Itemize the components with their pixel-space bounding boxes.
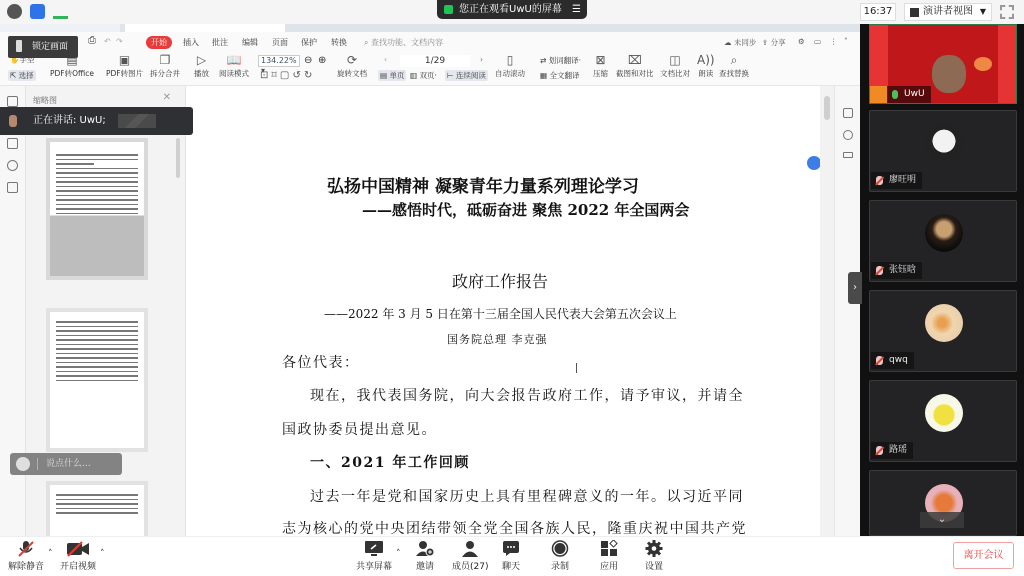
- continuous-label: 连续阅读: [456, 71, 486, 80]
- split-merge-button[interactable]: ❐拆分合并: [150, 52, 180, 79]
- menu-annotate[interactable]: 批注: [212, 37, 228, 48]
- avatar: [925, 124, 963, 162]
- menu-insert[interactable]: 插入: [183, 37, 199, 48]
- paragraph-2-line-2: 志为核心的党中央团结带领全党全国各族人民，隆重庆祝中国共产党: [282, 518, 747, 536]
- chat-icon: [502, 540, 520, 557]
- unmute-button[interactable]: 解除静音: [8, 540, 44, 572]
- participant-name: 路瑶: [889, 445, 907, 455]
- participant-name-tag: 张钰晗: [871, 262, 922, 279]
- document-viewport[interactable]: 弘扬中国精神 凝聚青年力量系列理论学习 ——感悟时代，砥砺奋进 聚焦 2022 …: [186, 86, 820, 536]
- undo-icon[interactable]: ↶: [104, 37, 111, 46]
- feature-search[interactable]: ⌕ 查找功能、文档内容: [364, 37, 443, 48]
- read-mode-label: 阅读模式: [219, 68, 249, 79]
- record-label: 录制: [551, 562, 569, 572]
- video-options-chevron[interactable]: ˄: [100, 549, 105, 559]
- unmute-label: 解除静音: [8, 562, 44, 572]
- mic-on-icon: [892, 90, 898, 99]
- help-icon[interactable]: [843, 130, 853, 140]
- attachment-icon[interactable]: [7, 160, 18, 171]
- layout-icon: [910, 8, 919, 17]
- participant-tile[interactable]: qwq: [869, 290, 1017, 372]
- participant-tile[interactable]: 路瑶: [869, 380, 1017, 462]
- zoom-out-icon[interactable]: ⊖: [304, 55, 312, 66]
- page-indicator-input[interactable]: 1/29: [400, 55, 470, 67]
- rotate-icon: ⟳: [337, 52, 367, 68]
- participant-name-tag: 廖旺明: [871, 172, 922, 189]
- sharing-indicator-icon: [444, 5, 453, 14]
- pdf-to-image-button[interactable]: ▣PDF转图片: [106, 52, 143, 79]
- pdf-to-image-label: PDF转图片: [106, 68, 143, 79]
- participant-name-tag: 路瑶: [871, 442, 913, 459]
- paragraph-1-line-2: 国政协委员提出意见。: [282, 419, 437, 439]
- zoom-in-icon[interactable]: ⊕: [318, 55, 326, 66]
- menu-convert[interactable]: 转换: [331, 37, 347, 48]
- sync-label: 未同步: [734, 38, 757, 47]
- participant-video-tile[interactable]: UwU: [869, 24, 1017, 104]
- comment-icon[interactable]: [7, 138, 18, 149]
- document-scrollbar[interactable]: [820, 86, 834, 536]
- search-icon: ⌕: [719, 52, 749, 68]
- settings-button[interactable]: 设置: [645, 540, 663, 572]
- compress-button[interactable]: ⊠压缩: [593, 52, 608, 79]
- signal-icon[interactable]: [53, 4, 68, 19]
- thumbnail-panel-title: 缩略图: [33, 95, 57, 106]
- participant-name: qwq: [889, 355, 908, 365]
- double-page-button[interactable]: ▥ 双页·: [410, 70, 437, 81]
- signature-icon[interactable]: [7, 182, 18, 193]
- play-label: 播放: [194, 68, 209, 79]
- report-subtitle: ——2022 年 3 月 5 日在第十三届全国人民代表大会第五次会议上: [324, 305, 677, 322]
- thumbnail-page-1[interactable]: [46, 138, 148, 280]
- info-icon[interactable]: [7, 4, 22, 19]
- compare-icon: ◫: [660, 52, 690, 68]
- chat-quick-input[interactable]: 说点什么...: [10, 453, 122, 475]
- user-icon: [870, 86, 887, 103]
- read-mode-button[interactable]: 📖阅读模式: [219, 52, 249, 79]
- auto-scroll-icon: ▯: [495, 52, 525, 68]
- menu-icon[interactable]: ☰: [572, 0, 581, 19]
- invite-user-icon: [416, 540, 434, 557]
- tab[interactable]: [0, 24, 120, 32]
- participant-name: 张钰晗: [889, 265, 916, 275]
- chat-label: 聊天: [502, 562, 520, 572]
- tab-strip: [0, 24, 860, 32]
- mic-muted-icon: [876, 176, 883, 185]
- screenshot-compare-label: 截图和对比: [616, 68, 654, 79]
- double-page-label: 双页: [419, 71, 434, 80]
- read-aloud-icon: A)): [697, 52, 715, 68]
- word-translate-button[interactable]: ⇄ 划词翻译·: [540, 55, 581, 66]
- image-icon: ▣: [106, 52, 143, 68]
- prev-page-icon[interactable]: ‹: [384, 55, 387, 64]
- invite-button[interactable]: 邀请: [416, 540, 434, 572]
- single-page-button[interactable]: ▤ 单页: [378, 70, 406, 81]
- comment-icon[interactable]: ▭: [814, 37, 821, 46]
- meeting-top-bar: 您正在观看UwU的屏幕 ☰ 16:37 演讲者视图 ▼: [0, 0, 1024, 24]
- speaking-text: 正在讲话: UwU;: [33, 115, 106, 126]
- paragraph-1-line-1: 现在，我代表国务院，向大会报告政府工作，请予审议，并请全: [310, 385, 744, 405]
- avatar: [925, 394, 963, 432]
- chat-placeholder: 说点什么...: [46, 459, 91, 469]
- gear-icon: [645, 540, 663, 557]
- emoji-icon[interactable]: [16, 457, 30, 471]
- apps-icon: [600, 540, 618, 557]
- find-replace-button[interactable]: ⌕查找替换: [719, 52, 749, 79]
- record-icon: [551, 540, 569, 557]
- app-logo-icon: [118, 114, 156, 128]
- thumbnail-scrollbar[interactable]: [176, 138, 180, 178]
- participants-panel: UwU 廖旺明 张钰晗 qwq 路瑶: [860, 24, 1024, 536]
- leave-meeting-button[interactable]: 离开会议: [953, 542, 1014, 569]
- start-video-button[interactable]: 开启视频: [60, 540, 96, 572]
- more-icon[interactable]: ⋮: [830, 37, 838, 46]
- thumbnail-page-2[interactable]: [46, 308, 148, 452]
- collapse-panel-button[interactable]: ›: [848, 272, 862, 304]
- camera-off-icon: [65, 540, 91, 557]
- menu-start[interactable]: 开始: [146, 36, 172, 49]
- share-screen-button[interactable]: 共享屏幕: [356, 540, 392, 572]
- single-page-label: 单页: [389, 71, 404, 80]
- sync-status[interactable]: ☁ 未同步: [724, 37, 756, 48]
- avatar: [925, 214, 963, 252]
- full-translate-button[interactable]: ▦ 全文翻译: [540, 70, 579, 81]
- split-icon: ❐: [150, 52, 180, 68]
- adjust-icon[interactable]: [843, 152, 853, 158]
- search-placeholder: 查找功能、文档内容: [371, 38, 443, 47]
- invite-label: 邀请: [416, 562, 434, 572]
- select-tool[interactable]: ⇱ 选择: [8, 70, 36, 81]
- select-label: 选择: [19, 71, 34, 80]
- right-tool-rail: [834, 86, 860, 536]
- screenshot-icon: ⌧: [616, 52, 654, 68]
- participant-name-tag: qwq: [871, 352, 914, 369]
- ribbon-toolbar: ✋手型 ⇱ 选择 ▤PDF转Office ▣PDF转图片 ❐拆分合并 ▷播放 📖…: [0, 52, 860, 86]
- print-icon[interactable]: ⎙: [88, 35, 96, 46]
- shared-screen-wps: 锁定画面 ⎙ ↶ ↷ 开始 插入 批注 编辑 页面 保护 转换 ⌕ 查找功能、文…: [0, 24, 860, 536]
- play-button[interactable]: ▷播放: [194, 52, 209, 79]
- participant-name: UwU: [904, 89, 925, 99]
- report-title: 政府工作报告: [452, 269, 548, 292]
- read-aloud-button[interactable]: A))朗读: [697, 52, 715, 79]
- scroll-down-icon[interactable]: ⌄: [920, 512, 964, 528]
- salutation: 各位代表：: [282, 352, 360, 372]
- thumbnail-page-3[interactable]: [46, 481, 148, 541]
- speaking-indicator: 正在讲话: UwU;: [0, 107, 193, 135]
- screenshot-compare-button[interactable]: ⌧截图和对比: [616, 52, 654, 79]
- view-mode-label: 演讲者视图: [923, 6, 973, 17]
- pdf-to-office-label: PDF转Office: [50, 68, 94, 79]
- audio-options-chevron[interactable]: ˄: [48, 549, 53, 559]
- meeting-controls-bar: 解除静音 ˄ 开启视频 ˄ 共享屏幕 ˄ 邀请 成员(27) 聊天 录制: [0, 536, 1024, 576]
- auto-scroll-button[interactable]: ▯自动滚动: [495, 52, 525, 79]
- rotate-doc-button[interactable]: ⟳旋转文档: [337, 52, 367, 79]
- auto-scroll-label: 自动滚动: [495, 68, 525, 79]
- members-icon: [461, 540, 479, 557]
- view-mode-dropdown[interactable]: 演讲者视图 ▼: [904, 3, 992, 21]
- lock-screen-tooltip[interactable]: 锁定画面: [8, 36, 78, 58]
- shield-icon[interactable]: [30, 4, 45, 19]
- settings-label: 设置: [645, 562, 663, 572]
- chevron-down-icon: ▼: [980, 4, 986, 20]
- continuous-read-button[interactable]: ⊢ 连续阅读: [445, 70, 488, 81]
- pin-icon: [16, 40, 22, 52]
- meeting-clock: 16:37: [860, 3, 896, 21]
- compress-label: 压缩: [593, 68, 608, 79]
- bookmark-icon[interactable]: [7, 96, 18, 107]
- text-cursor-icon: [576, 363, 579, 373]
- share-options-chevron[interactable]: ˄: [396, 549, 401, 559]
- translate-icon[interactable]: [843, 108, 853, 118]
- menu-bar: ⎙ ↶ ↷ 开始 插入 批注 编辑 页面 保护 转换 ⌕ 查找功能、文档内容 ☁…: [0, 32, 860, 52]
- play-icon: ▷: [194, 52, 209, 68]
- section-heading-1: 一、2021 年工作回顾: [310, 452, 470, 472]
- settings-icon[interactable]: ⚙: [798, 37, 805, 46]
- split-merge-label: 拆分合并: [150, 68, 180, 79]
- fit-page-icons[interactable]: ⊡ ⌑ ▢ ↺ ↻: [260, 70, 312, 81]
- screen-share-banner[interactable]: 您正在观看UwU的屏幕 ☰: [437, 0, 587, 19]
- rotate-doc-label: 旋转文档: [337, 68, 367, 79]
- doc-compare-button[interactable]: ◫文档比对: [660, 52, 690, 79]
- participant-name: 廖旺明: [889, 175, 916, 185]
- menu-protect[interactable]: 保护: [301, 37, 317, 48]
- close-icon[interactable]: ✕: [163, 92, 171, 103]
- mic-muted-icon: [876, 266, 883, 275]
- redo-icon[interactable]: ↷: [116, 37, 123, 46]
- share-screen-icon: [364, 540, 384, 557]
- participant-tile[interactable]: 张钰晗: [869, 200, 1017, 282]
- doc-title: 弘扬中国精神 凝聚青年力量系列理论学习: [327, 172, 727, 197]
- lock-tooltip-label: 锁定画面: [32, 42, 68, 52]
- meeting-window: 您正在观看UwU的屏幕 ☰ 16:37 演讲者视图 ▼ 锁定画面 ⎙ ↶ ↷ 开…: [0, 0, 1024, 576]
- compress-icon: ⊠: [593, 52, 608, 68]
- participant-video: [932, 55, 966, 93]
- share-label: 分享: [771, 38, 786, 47]
- floating-translate-icon[interactable]: [807, 156, 820, 170]
- full-translate-label: 全文翻译: [549, 71, 579, 80]
- mic-muted-icon: [17, 540, 35, 557]
- mic-muted-icon: [876, 446, 883, 455]
- tab-active[interactable]: [125, 24, 285, 32]
- speaker-avatar-icon: [9, 115, 17, 127]
- scrollbar-thumb[interactable]: [824, 96, 830, 120]
- menu-edit[interactable]: 编辑: [242, 37, 258, 48]
- doc-subtitle: ——感悟时代，砥砺奋进 聚焦 2022 年全国两会: [362, 199, 762, 220]
- apps-button[interactable]: 应用: [600, 540, 618, 572]
- share-button[interactable]: ⇪ 分享: [762, 37, 786, 48]
- background-lantern: [974, 57, 992, 71]
- paragraph-2-line-1: 过去一年是党和国家历史上具有里程碑意义的一年。以习近平同: [310, 486, 744, 506]
- word-translate-label: 划词翻译: [549, 56, 579, 65]
- zoom-level-select[interactable]: 134.22% ▾: [258, 55, 300, 67]
- share-banner-text: 您正在观看UwU的屏幕: [459, 4, 562, 15]
- chat-button[interactable]: 聊天: [502, 540, 520, 572]
- menu-page[interactable]: 页面: [272, 37, 288, 48]
- apps-label: 应用: [600, 562, 618, 572]
- members-button[interactable]: 成员(27): [452, 540, 488, 572]
- collapse-ribbon-icon[interactable]: ˄: [844, 37, 848, 46]
- mic-muted-icon: [876, 356, 883, 365]
- zoom-value: 134.22%: [261, 56, 297, 65]
- report-author: 国务院总理 李克强: [447, 331, 548, 347]
- fullscreen-icon[interactable]: [1000, 5, 1014, 19]
- start-video-label: 开启视频: [60, 562, 96, 572]
- record-button[interactable]: 录制: [551, 540, 569, 572]
- background-curtain: [998, 25, 1016, 104]
- avatar: [925, 304, 963, 342]
- next-page-icon[interactable]: ›: [480, 55, 483, 64]
- read-aloud-label: 朗读: [697, 68, 715, 79]
- book-icon: 📖: [219, 52, 249, 68]
- share-screen-label: 共享屏幕: [356, 562, 392, 572]
- participant-tile[interactable]: 廖旺明: [869, 110, 1017, 192]
- divider: [37, 458, 38, 470]
- members-label: 成员(27): [452, 562, 488, 572]
- participant-name-tag: UwU: [870, 86, 931, 103]
- find-replace-label: 查找替换: [719, 68, 749, 79]
- doc-compare-label: 文档比对: [660, 68, 690, 79]
